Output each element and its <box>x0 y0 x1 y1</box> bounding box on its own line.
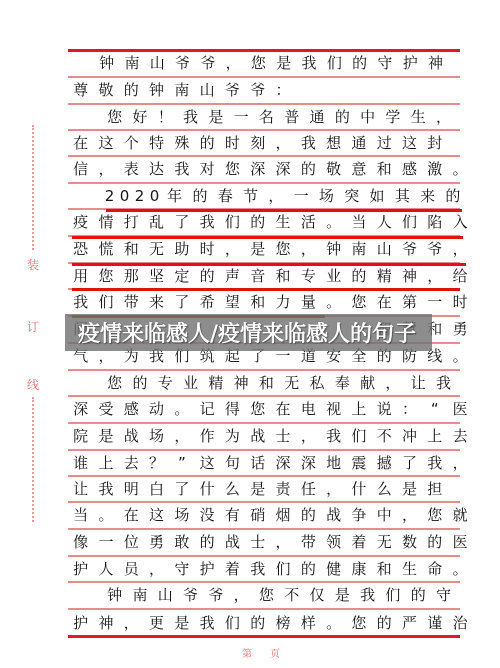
char-cell: 是 <box>397 482 422 497</box>
char-cell: 爷 <box>245 83 270 98</box>
letter-line: 像一位勇敢的战士，带领着无数的医 <box>68 530 460 557</box>
char-cell: 我 <box>355 588 380 603</box>
char-cell: 。 <box>447 162 472 177</box>
char-cell: 用 <box>68 269 93 284</box>
char-cell: 。 <box>321 616 346 631</box>
char-cell: 护 <box>194 562 219 577</box>
char-cell: 明 <box>119 482 144 497</box>
char-cell: 中 <box>355 110 380 125</box>
char-cell: 是 <box>271 56 296 71</box>
char-cell: 对 <box>194 162 219 177</box>
char-cell: ， <box>93 162 118 177</box>
char-cell: 2 <box>102 189 117 204</box>
char-cell: 全 <box>346 349 371 364</box>
letter-line-text: 钟南山爷爷，您不仅是我们的守 <box>102 583 456 608</box>
char-cell: 和 <box>119 242 144 257</box>
char-cell: ， <box>447 242 472 257</box>
char-cell: 震 <box>346 456 371 471</box>
char-cell: 年 <box>162 189 187 204</box>
char-cell: 深 <box>68 402 93 417</box>
char-cell: 冲 <box>397 429 422 444</box>
char-cell: 是 <box>93 429 118 444</box>
char-cell: 我 <box>194 616 219 631</box>
char-cell: 您 <box>246 56 271 71</box>
char-cell: 您 <box>346 616 371 631</box>
char-cell: 情 <box>93 215 118 230</box>
letter-line: 尊敬的钟南山爷爷： <box>68 78 460 105</box>
char-cell: 第 <box>397 295 422 310</box>
char-cell: ， <box>380 376 405 391</box>
char-cell: 个 <box>119 136 144 151</box>
char-cell: 无 <box>144 242 169 257</box>
char-cell: 尊 <box>68 83 93 98</box>
char-cell: 入 <box>447 215 472 230</box>
char-cell: ， <box>397 508 422 523</box>
char-cell: 们 <box>220 616 245 631</box>
margin-label-zhuang: 装 <box>26 258 40 272</box>
char-cell: 了 <box>169 295 194 310</box>
letter-line: 在这个特殊的时刻，我想通过这封 <box>68 131 460 157</box>
char-cell: 句 <box>220 456 245 471</box>
char-cell: 您 <box>102 376 127 391</box>
letter-line-text: 深受感动。记得您在电视上说：“医 <box>68 397 473 422</box>
char-cell: 撼 <box>372 456 397 471</box>
char-cell: ， <box>321 482 346 497</box>
char-cell: 您 <box>220 162 245 177</box>
char-cell: 当 <box>68 508 93 523</box>
char-cell: 我 <box>169 162 194 177</box>
char-cell: 的 <box>194 136 219 151</box>
char-cell: 在 <box>119 508 144 523</box>
char-cell: 着 <box>220 562 245 577</box>
char-cell: 神 <box>228 376 253 391</box>
char-cell: 节 <box>238 189 263 204</box>
char-cell: 严 <box>397 616 422 631</box>
char-cell: 去 <box>119 456 144 471</box>
char-cell: 我 <box>178 110 203 125</box>
char-cell: ， <box>93 349 118 364</box>
char-cell: 话 <box>245 456 270 471</box>
char-cell: 担 <box>422 482 447 497</box>
char-cell: 数 <box>397 535 422 550</box>
char-cell: 们 <box>322 56 347 71</box>
char-cell: 其 <box>390 189 415 204</box>
char-cell: 深 <box>270 162 295 177</box>
char-cell: 2 <box>132 189 147 204</box>
char-cell: 命 <box>422 562 447 577</box>
char-cell: 为 <box>119 349 144 364</box>
char-cell: 钟 <box>102 588 127 603</box>
char-cell: 激 <box>422 162 447 177</box>
char-cell: 守 <box>431 588 456 603</box>
char-cell: 爷 <box>178 588 203 603</box>
char-cell: 的 <box>372 349 397 364</box>
letter-line: 谁上去？”这句话深深地震撼了我， <box>68 451 460 477</box>
char-cell: 给 <box>447 269 472 284</box>
char-cell: 的 <box>296 162 321 177</box>
char-cell: 上 <box>422 429 447 444</box>
char-cell: 护 <box>398 56 423 71</box>
char-cell: 的 <box>194 535 219 550</box>
char-cell: 声 <box>220 269 245 284</box>
char-cell: ： <box>397 402 422 417</box>
char-cell: ， <box>296 242 321 257</box>
char-cell: 健 <box>321 562 346 577</box>
char-cell: 恐 <box>68 242 93 257</box>
letter-line-text: 护神，更是我们的榜样。您的严谨治 <box>68 610 473 636</box>
char-cell: 场 <box>144 429 169 444</box>
char-cell: 们 <box>169 349 194 364</box>
char-cell: 战 <box>245 429 270 444</box>
char-cell: ， <box>422 269 447 284</box>
char-cell: 封 <box>422 136 447 151</box>
char-cell: 。 <box>447 562 472 577</box>
char-cell: 康 <box>346 562 371 577</box>
char-cell: 您 <box>254 588 279 603</box>
char-cell: 们 <box>397 215 422 230</box>
char-cell: 希 <box>194 295 219 310</box>
char-cell: 望 <box>220 295 245 310</box>
char-cell: 深 <box>245 162 270 177</box>
char-cell: 的 <box>372 616 397 631</box>
char-cell: 和 <box>372 562 397 577</box>
margin-label-xian: 线 <box>26 378 40 392</box>
char-cell: 这 <box>194 456 219 471</box>
char-cell: 是 <box>203 110 228 125</box>
char-cell: 精 <box>203 376 228 391</box>
letter-line: 我们带来了希望和力量。您在第一时 <box>68 290 460 317</box>
char-cell: 南 <box>127 588 152 603</box>
char-cell: 我 <box>194 215 219 230</box>
char-cell: 们 <box>270 562 295 577</box>
char-cell: 名 <box>254 110 279 125</box>
char-cell: 神 <box>423 56 448 71</box>
char-cell: 么 <box>220 482 245 497</box>
char-cell: 时 <box>447 295 472 310</box>
char-cell: ， <box>447 456 472 471</box>
emphasis-underline <box>72 236 463 239</box>
char-cell: 在 <box>68 136 93 151</box>
char-cell: 让 <box>406 376 431 391</box>
letter-line: 用您那坚定的声音和专业的精神，给 <box>68 264 460 290</box>
char-cell: 您 <box>270 242 295 257</box>
char-cell: 专 <box>153 376 178 391</box>
letter-line: 信，表达我对您深深的敬意和感激。 <box>68 157 460 184</box>
char-cell: 深 <box>270 456 295 471</box>
char-cell: 像 <box>68 535 93 550</box>
char-cell: 业 <box>321 269 346 284</box>
letter-line: 疫情打乱了我们的生活。当人们陷入 <box>68 210 460 237</box>
char-cell: 让 <box>68 482 93 497</box>
letter-line: 院是战场，作为战士，我们不冲上去 <box>68 424 460 451</box>
letter-line: 护人员，守护着我们的健康和生命。 <box>68 557 460 583</box>
char-cell: 谨 <box>422 616 447 631</box>
letter-line: 钟南山爷爷，您是我们的守护神 <box>68 51 460 78</box>
char-cell: 的 <box>346 269 371 284</box>
char-cell: 南 <box>169 83 194 98</box>
char-cell: 私 <box>304 376 329 391</box>
char-cell: 时 <box>220 136 245 151</box>
char-cell: 人 <box>93 562 118 577</box>
char-cell: 0 <box>117 189 132 204</box>
char-cell: ， <box>220 56 245 71</box>
char-cell: 您 <box>102 110 127 125</box>
char-cell: 医 <box>447 402 472 417</box>
char-cell: 突 <box>339 189 364 204</box>
char-cell: 了 <box>397 456 422 471</box>
char-cell: 山 <box>372 242 397 257</box>
char-cell: 就 <box>447 508 472 523</box>
char-cell: 样 <box>296 616 321 631</box>
char-cell: ， <box>270 535 295 550</box>
char-cell: 更 <box>144 616 169 631</box>
char-cell: 通 <box>304 110 329 125</box>
letter-line-text: 尊敬的钟南山爷爷： <box>68 78 296 103</box>
char-cell: 表 <box>119 162 144 177</box>
char-cell: 去 <box>447 429 472 444</box>
char-cell: 我 <box>296 56 321 71</box>
char-cell: 争 <box>346 508 371 523</box>
char-cell: 。 <box>93 508 118 523</box>
letter-line-text: 您好！我是一名普通的中学生， <box>102 105 456 129</box>
char-cell: 无 <box>372 535 397 550</box>
char-cell: 爷 <box>203 588 228 603</box>
char-cell: 气 <box>68 349 93 364</box>
char-cell: 生 <box>406 110 431 125</box>
char-cell: 护 <box>68 562 93 577</box>
char-cell: 中 <box>372 508 397 523</box>
char-cell: 的 <box>296 562 321 577</box>
char-cell: 如 <box>364 189 389 204</box>
letter-line-text: 疫情打乱了我们的生活。当人们陷入 <box>68 210 473 235</box>
char-cell: 敬 <box>321 162 346 177</box>
char-cell: 了 <box>169 215 194 230</box>
letter-line: 让我明白了什么是责任，什么是担 <box>68 477 460 503</box>
char-cell: 当 <box>346 215 371 230</box>
char-cell: 我 <box>144 349 169 364</box>
char-cell: 守 <box>169 562 194 577</box>
char-cell: 勇 <box>447 322 472 337</box>
char-cell: ， <box>228 588 253 603</box>
char-cell: 我 <box>68 295 93 310</box>
char-cell: 南 <box>119 56 144 71</box>
letter-line-text: 护人员，守护着我们的健康和生命。 <box>68 557 473 581</box>
char-cell: 刻 <box>245 136 270 151</box>
char-cell: 感 <box>119 402 144 417</box>
char-cell: 山 <box>153 588 178 603</box>
char-cell: 坚 <box>144 269 169 284</box>
char-cell: 士 <box>245 535 270 550</box>
char-cell: 榜 <box>270 616 295 631</box>
char-cell: 无 <box>279 376 304 391</box>
letter-line: 深受感动。记得您在电视上说：“医 <box>68 397 460 424</box>
char-cell: 爷 <box>195 56 220 71</box>
char-cell: 神 <box>397 269 422 284</box>
char-cell: 记 <box>194 402 219 417</box>
letter-line: 护神，更是我们的榜样。您的严谨治 <box>68 610 460 636</box>
char-cell: 生 <box>270 215 295 230</box>
letter-line-text: 院是战场，作为战士，我们不冲上去 <box>68 424 473 449</box>
char-cell: 人 <box>372 215 397 230</box>
char-cell: 么 <box>372 482 397 497</box>
char-cell: 和 <box>254 376 279 391</box>
letter-line-text: 您的专业精神和无私奉献，让我 <box>102 371 456 395</box>
char-cell: 是 <box>245 482 270 497</box>
letter-line-text: 恐慌和无助时，是您，钟南山爷爷， <box>68 237 473 262</box>
letter-line-text: 像一位勇敢的战士，带领着无数的医 <box>68 530 473 555</box>
char-cell: 您 <box>93 269 118 284</box>
margin-label-ding: 订 <box>26 320 40 334</box>
char-cell: 勇 <box>144 535 169 550</box>
char-cell: 您 <box>346 295 371 310</box>
char-cell: 谁 <box>68 456 93 471</box>
char-cell: 。 <box>169 402 194 417</box>
char-cell: 员 <box>119 562 144 577</box>
char-cell: 来 <box>144 295 169 310</box>
char-cell: 位 <box>119 535 144 550</box>
char-cell: 那 <box>119 269 144 284</box>
char-cell: 受 <box>93 402 118 417</box>
char-cell: 乱 <box>144 215 169 230</box>
char-cell: 得 <box>220 402 245 417</box>
letter-line-text: 钟南山爷爷，您是我们的守护神 <box>94 51 448 76</box>
char-cell: 。 <box>447 349 472 364</box>
char-cell: 想 <box>321 136 346 151</box>
char-cell: 打 <box>119 215 144 230</box>
char-cell: 有 <box>220 508 245 523</box>
char-cell: 守 <box>372 56 397 71</box>
char-cell: 带 <box>296 535 321 550</box>
char-cell: 业 <box>178 376 203 391</box>
char-cell: 们 <box>93 295 118 310</box>
char-cell: 时 <box>194 242 219 257</box>
char-cell: 量 <box>296 295 321 310</box>
char-cell: 我 <box>93 482 118 497</box>
binding-dotted-line-top <box>32 125 34 250</box>
char-cell: 助 <box>169 242 194 257</box>
char-cell: 是 <box>245 242 270 257</box>
char-cell: ， <box>119 616 144 631</box>
char-cell: 一 <box>422 295 447 310</box>
char-cell: 的 <box>245 616 270 631</box>
letter-line-text: 让我明白了什么是责任，什么是担 <box>68 477 447 501</box>
char-cell: 我 <box>296 136 321 151</box>
char-cell: 普 <box>279 110 304 125</box>
char-cell: 领 <box>321 535 346 550</box>
char-cell: 场 <box>314 189 339 204</box>
page-label-prefix: 第 <box>242 649 252 661</box>
char-cell: 了 <box>245 349 270 364</box>
char-cell: 敢 <box>169 535 194 550</box>
char-cell: 上 <box>346 402 371 417</box>
char-cell: 们 <box>220 215 245 230</box>
caption-overlay: 疫情来临感人/疫情来临感人的句子 <box>65 314 432 351</box>
char-cell: ， <box>169 429 194 444</box>
char-cell: 任 <box>296 482 321 497</box>
char-cell: ， <box>220 242 245 257</box>
letter-line-text: 谁上去？”这句话深深地震撼了我， <box>68 451 473 475</box>
char-cell: 筑 <box>194 349 219 364</box>
char-cell: 护 <box>68 616 93 631</box>
char-cell: 来 <box>415 189 440 204</box>
emphasis-underline <box>106 209 462 212</box>
char-cell: ？ <box>144 456 169 471</box>
char-cell: 力 <box>270 295 295 310</box>
page-label-suffix: 页 <box>270 649 280 661</box>
char-cell: 达 <box>144 162 169 177</box>
char-cell: 防 <box>397 349 422 364</box>
char-cell: 一 <box>288 189 313 204</box>
char-cell: 我 <box>431 376 456 391</box>
char-cell: 慌 <box>93 242 118 257</box>
char-cell: 说 <box>372 402 397 417</box>
char-cell: 钟 <box>321 242 346 257</box>
char-cell: 的 <box>127 376 152 391</box>
letter-line-text: 当。在这场没有硝烟的战争中，您就 <box>68 503 473 528</box>
char-cell: 起 <box>220 349 245 364</box>
char-cell: 的 <box>245 215 270 230</box>
char-cell: 动 <box>144 402 169 417</box>
char-cell: 我 <box>245 562 270 577</box>
char-cell: 钟 <box>94 56 119 71</box>
letter-line-text: 我们带来了希望和力量。您在第一时 <box>68 290 473 315</box>
letter-line: 2020年的春节，一场突如其来的 <box>68 184 460 210</box>
char-cell: 的 <box>296 508 321 523</box>
char-cell: 士 <box>270 429 295 444</box>
char-cell: 爷 <box>170 56 195 71</box>
char-cell: 们 <box>346 429 371 444</box>
char-cell: ” <box>169 456 194 471</box>
char-cell: ！ <box>153 110 178 125</box>
char-cell: 视 <box>321 402 346 417</box>
letter-line-text: 信，表达我对您深深的敬意和感激。 <box>68 157 473 182</box>
char-cell: ， <box>296 429 321 444</box>
char-cell: 专 <box>296 269 321 284</box>
char-cell: 奉 <box>330 376 355 391</box>
char-cell: 敬 <box>93 83 118 98</box>
char-cell: 上 <box>93 456 118 471</box>
letter-line: 当。在这场没有硝烟的战争中，您就 <box>68 503 460 530</box>
char-cell: 医 <box>447 535 472 550</box>
char-cell: 的 <box>440 189 465 204</box>
letter-line-text: 2020年的春节，一场突如其来的 <box>102 184 466 208</box>
char-cell: 的 <box>119 83 144 98</box>
char-cell: 爷 <box>397 242 422 257</box>
char-cell: ， <box>431 110 456 125</box>
char-cell: 的 <box>347 56 372 71</box>
char-cell: 的 <box>187 189 212 204</box>
letter-line: 钟南山爷爷，您不仅是我们的守 <box>68 583 460 610</box>
char-cell: 特 <box>144 136 169 151</box>
char-cell: 精 <box>372 269 397 284</box>
char-cell: 烟 <box>270 508 295 523</box>
char-cell: 。 <box>321 295 346 310</box>
char-cell: 作 <box>194 429 219 444</box>
letter-line: 您的专业精神和无私奉献，让我 <box>68 371 460 397</box>
char-cell: 的 <box>406 588 431 603</box>
char-cell: 的 <box>330 110 355 125</box>
char-cell: 一 <box>228 110 253 125</box>
letter-line-text: 用您那坚定的声音和专业的精神，给 <box>68 264 473 288</box>
char-cell: 和 <box>372 162 397 177</box>
char-cell: 和 <box>245 295 270 310</box>
char-cell: 信 <box>68 162 93 177</box>
char-cell: ， <box>263 189 288 204</box>
char-cell: 是 <box>330 588 355 603</box>
char-cell: 地 <box>321 456 346 471</box>
char-cell: 们 <box>380 588 405 603</box>
char-cell: ： <box>270 83 295 98</box>
